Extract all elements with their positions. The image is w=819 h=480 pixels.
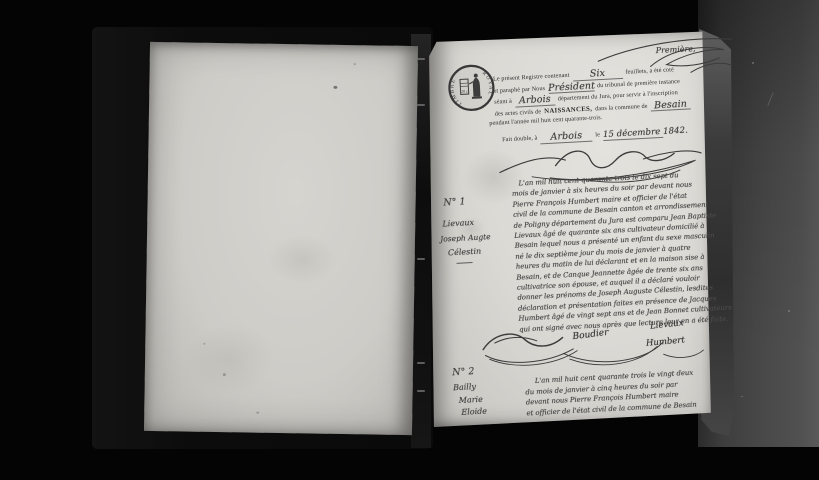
page-stain	[256, 412, 259, 414]
margin-dash	[457, 262, 473, 264]
printed-text: séant à	[494, 98, 512, 106]
handwritten-fill-commune: Besain	[650, 99, 690, 112]
printed-text: et paraphé par Nous	[493, 85, 545, 95]
act-margin-name-line: Célestin	[448, 247, 482, 258]
page-stain	[266, 234, 337, 285]
printed-text: dans la commune de	[595, 102, 648, 112]
act-margin-name-line: Bailly	[453, 382, 476, 392]
act-margin-name-line: Marie	[459, 395, 484, 405]
spine-stitch	[417, 104, 425, 106]
page-stain	[203, 343, 205, 345]
register-page-content: Première, TIMBRE ROYAL 20 c	[430, 44, 795, 448]
printed-text: des actes civils de	[495, 108, 542, 117]
spine-stitch	[417, 258, 425, 260]
page-stain	[185, 323, 276, 394]
spine-stitch	[417, 58, 425, 60]
spine-stitch	[417, 362, 425, 364]
act-margin-number: N° 2	[452, 366, 475, 378]
act-margin-name-line: Eloide	[461, 407, 487, 417]
stamp-value: 20 c	[461, 89, 468, 94]
page-stain	[223, 373, 226, 376]
timbre-royal-stamp: TIMBRE ROYAL 20 c	[444, 61, 499, 116]
signature-lievaux: Lievaux	[650, 318, 684, 331]
act-margin-number: N° 1	[443, 196, 466, 208]
spine-stitch	[417, 390, 425, 392]
printed-records-type: NAISSANCES,	[544, 105, 592, 115]
page-stain	[354, 63, 356, 65]
printed-text: feuillets, a été coté	[625, 66, 674, 76]
left-blank-page	[144, 42, 418, 435]
signature-flourish	[659, 346, 708, 360]
act-margin-name-line: Lievaux	[442, 218, 474, 229]
page-stain	[333, 86, 337, 89]
photo-scene: Première, TIMBRE ROYAL 20 c	[0, 0, 819, 480]
act-margin-name-line: Joseph Augte	[440, 232, 491, 244]
